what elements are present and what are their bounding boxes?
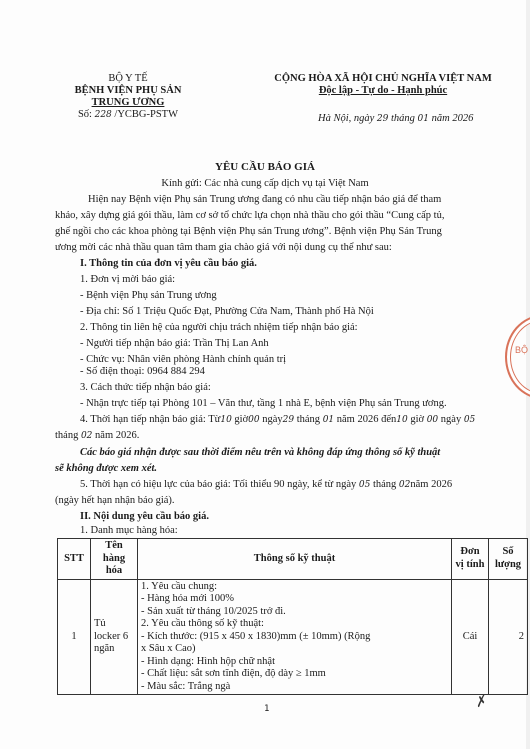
national-header: CỘNG HÒA XÃ HỘI CHỦ NGHĨA VIỆT NAM Độc l… (258, 73, 508, 97)
validity-line: 5. Thời hạn có hiệu lực của báo giá: Tối… (80, 478, 452, 492)
goods-list-label: 1. Danh mục hàng hóa: (80, 524, 178, 537)
deadline-line-2: tháng 02 năm 2026. (55, 429, 139, 443)
cell-name: Tủ locker 6 ngăn (91, 579, 138, 695)
signature-initial-mark: ✗ (472, 693, 489, 713)
col-name: Tên hàng hóa (91, 539, 138, 580)
nation-name: CỘNG HÒA XÃ HỘI CHỦ NGHĨA VIỆT NAM (258, 73, 508, 85)
handwritten-number: 228 (95, 110, 112, 120)
phone-line: - Số điện thoại: 0964 884 294 (80, 365, 205, 378)
col-spec: Thông số kỹ thuật (138, 539, 452, 580)
hospital-name: BỆNH VIỆN PHỤ SẢN (58, 85, 198, 97)
validity-line-2: (ngày hết hạn nhận báo giá). (55, 494, 175, 507)
issuer-block: BỘ Y TẾ BỆNH VIỆN PHỤ SẢN TRUNG ƯƠNG Số:… (58, 73, 198, 121)
cell-unit: Cái (452, 579, 489, 695)
document-number: Số: 228 /YCBG-PSTW (58, 109, 198, 121)
document-title: YÊU CẦU BÁO GIÁ (0, 161, 530, 173)
col-unit: Đơn vị tính (452, 539, 489, 580)
info-line: - Nhận trực tiếp tại Phòng 101 – Văn thư… (80, 397, 447, 410)
hospital-name-line2: TRUNG ƯƠNG (58, 97, 198, 109)
red-seal-stamp: BỘ (505, 315, 530, 399)
table-row: 1 Tủ locker 6 ngăn 1. Yêu cầu chung: - H… (58, 579, 528, 695)
section-1-heading: I. Thông tin của đơn vị yêu cầu báo giá. (80, 257, 257, 270)
col-qty: Số lượng (489, 539, 528, 580)
info-line: 3. Cách thức tiếp nhận báo giá: (80, 381, 211, 394)
info-line: - Người tiếp nhận báo giá: Trần Thị Lan … (80, 337, 269, 350)
info-line: - Địa chỉ: Số 1 Triệu Quốc Đạt, Phường C… (80, 305, 374, 318)
national-motto: Độc lập - Tự do - Hạnh phúc (258, 85, 508, 97)
goods-table: STT Tên hàng hóa Thông số kỹ thuật Đơn v… (57, 538, 528, 695)
section-2-heading: II. Nội dung yêu cầu báo giá. (80, 510, 209, 523)
cell-qty: 2 (489, 579, 528, 695)
cell-stt: 1 (58, 579, 91, 695)
intro-line: ghế ngồi cho các khoa phòng tại Bệnh việ… (55, 225, 442, 238)
info-line: - Bệnh viện Phụ sản Trung ương (80, 289, 217, 302)
intro-line: khảo, xây dựng giá gói thầu, làm cơ sở t… (55, 209, 444, 222)
deadline-line: 4. Thời hạn tiếp nhận báo giá: Từ10 giờ0… (80, 413, 475, 427)
col-stt: STT (58, 539, 91, 580)
info-line: 1. Đơn vị mời báo giá: (80, 273, 175, 286)
table-header-row: STT Tên hàng hóa Thông số kỹ thuật Đơn v… (58, 539, 528, 580)
ministry-name: BỘ Y TẾ (58, 73, 198, 85)
info-line: 2. Thông tin liên hệ của người chịu trác… (80, 321, 358, 334)
issue-date: Hà Nội, ngày 29 tháng 01 năm 2026 (318, 113, 473, 124)
warning-text: Các báo giá nhận được sau thời điểm nêu … (80, 446, 440, 459)
intro-line: ương mời các nhà thầu quan tâm tham gia … (55, 241, 392, 254)
salutation: Kính gửi: Các nhà cung cấp dịch vụ tại V… (0, 177, 530, 190)
document-page: BỘ Y TẾ BỆNH VIỆN PHỤ SẢN TRUNG ƯƠNG Số:… (0, 0, 530, 749)
warning-text: sẽ không được xem xét. (55, 462, 157, 475)
intro-line: Hiện nay Bệnh viện Phụ sản Trung ương đa… (88, 193, 441, 206)
cell-spec: 1. Yêu cầu chung: - Hàng hóa mới 100% - … (138, 579, 452, 695)
page-number: 1 (264, 704, 269, 714)
